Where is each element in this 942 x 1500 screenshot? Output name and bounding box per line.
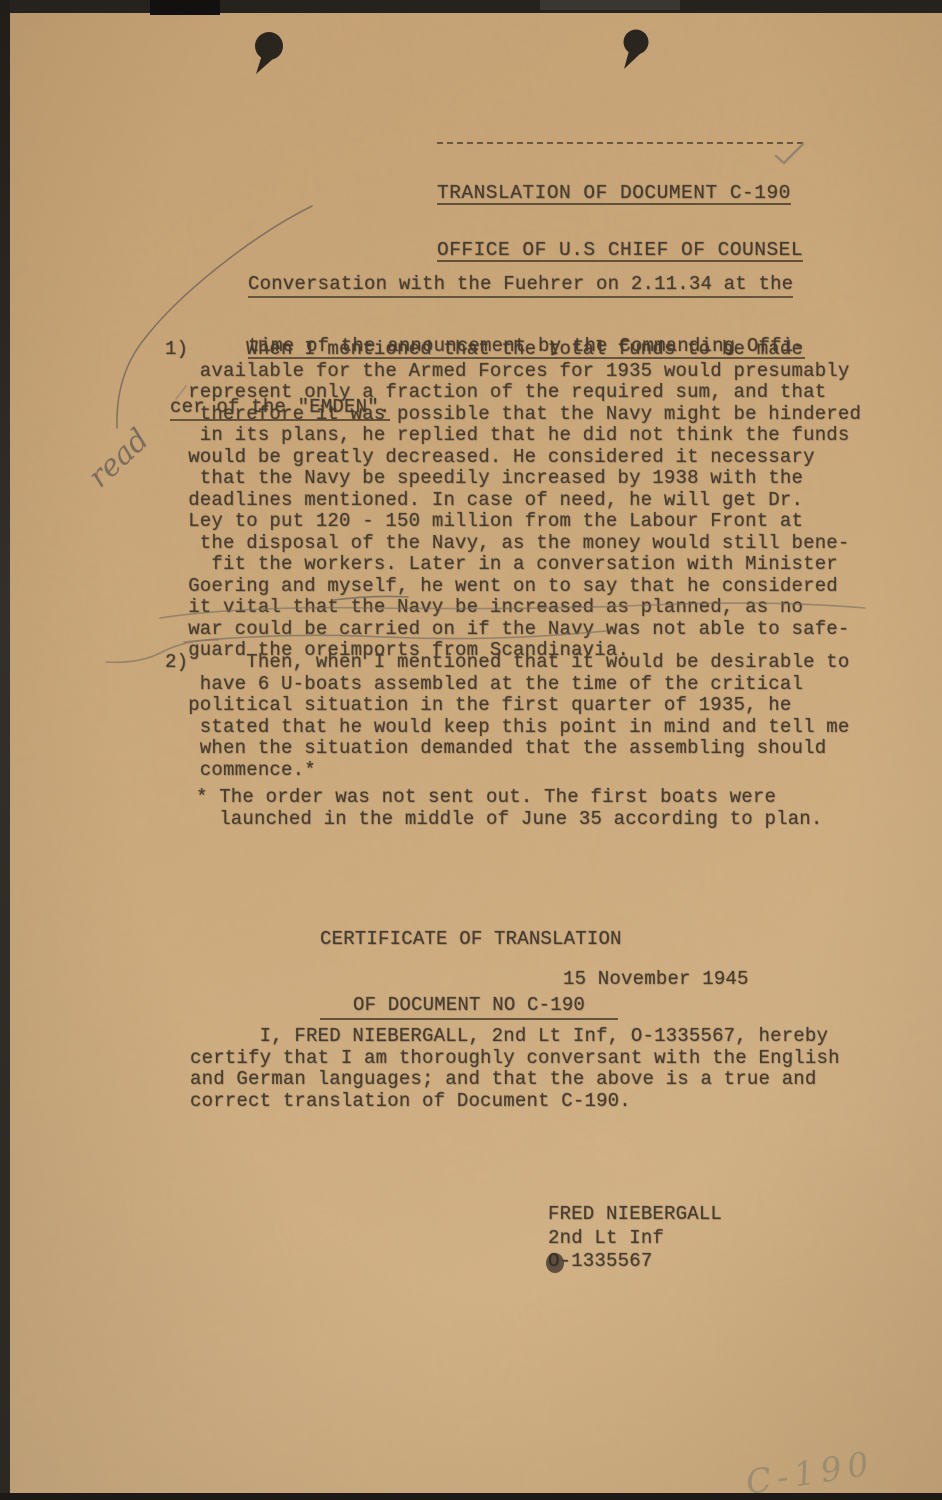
page-edge-left (0, 0, 10, 1500)
page-edge-highlight (540, 0, 680, 10)
certificate-body: I, FRED NIEBERGALL, 2nd Lt Inf, O-133556… (190, 1026, 840, 1112)
paragraph-1: 1) When I mentioned that the total funds… (165, 339, 861, 662)
page-edge-notch (150, 0, 220, 15)
hole-punch-right-tear (624, 51, 641, 69)
scanned-document-page: TRANSLATION OF DOCUMENT C-190 OFFICE OF … (0, 0, 942, 1500)
page-edge-top (0, 0, 942, 13)
margin-note-handwriting: read (82, 422, 156, 495)
hole-punch-right (624, 30, 649, 55)
hole-punch-left-tear (256, 55, 274, 74)
footnote: * The order was not sent out. The first … (196, 787, 823, 830)
title-line-1: Conversation with the Fuehrer on 2.11.34… (248, 275, 793, 298)
page-edge-bottom (0, 1493, 942, 1500)
doc-number-handwriting: C-190 (743, 1443, 877, 1500)
signature-block: FRED NIEBERGALL 2nd Lt Inf O-1335567 (548, 1203, 722, 1274)
paragraph-2: 2) Then, when I mentioned that it would … (165, 652, 850, 781)
stamp-line-document-number: TRANSLATION OF DOCUMENT C-190 (437, 184, 791, 205)
certificate-heading-line-2: OF DOCUMENT NO C-190 (320, 995, 618, 1021)
certificate-date: 15 November 1945 (563, 969, 749, 991)
hole-punch-left (255, 32, 283, 60)
certificate-heading-line-1: CERTIFICATE OF TRANSLATION (320, 929, 622, 951)
